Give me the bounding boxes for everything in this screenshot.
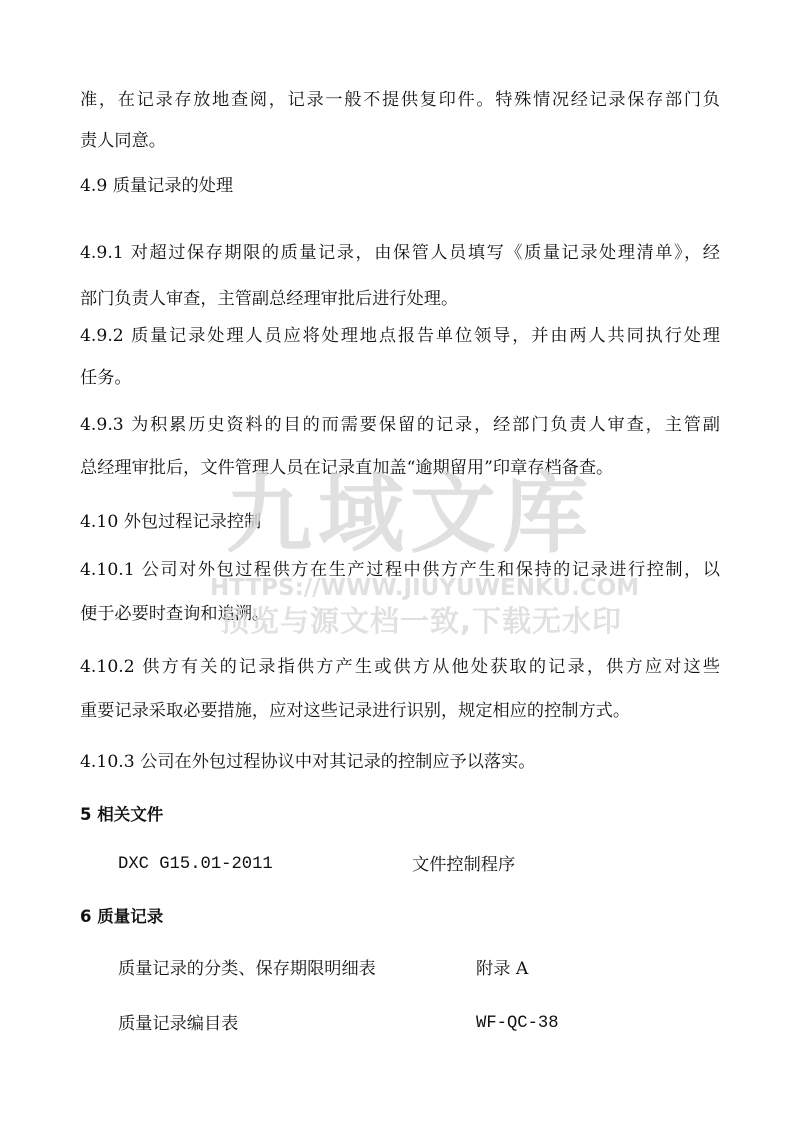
- document-page: 准，在记录存放地查阅，记录一般不提供复印件。特殊情况经记录保存部门负 责人同意。…: [0, 0, 793, 1122]
- record-code-2: WF-QC-38: [476, 1014, 559, 1034]
- section-heading-4-10: 4.10 外包过程记录控制: [80, 512, 261, 532]
- watermark-note: 预览与源文档一致,下载无水印: [220, 605, 600, 637]
- section-heading-4-9: 4.9 质量记录的处理: [80, 176, 233, 196]
- watermark-brand: 九域文库: [215, 470, 605, 560]
- clause-4-10-2-line-1: 4.10.2 供方有关的记录指供方产生或供方从他处获取的记录，供方应对这些: [80, 657, 720, 677]
- record-code-1: 附录 A: [476, 959, 528, 979]
- related-doc-code: DXC G15.01-2011: [118, 855, 273, 875]
- clause-4-10-1-line-2: 便于必要时查询和追溯。: [80, 604, 269, 624]
- record-name-1: 质量记录的分类、保存期限明细表: [118, 959, 376, 979]
- related-doc-title: 文件控制程序: [412, 855, 515, 875]
- body-line-1: 准，在记录存放地查阅，记录一般不提供复印件。特殊情况经记录保存部门负: [80, 90, 720, 110]
- clause-4-9-3-line-2: 总经理审批后，文件管理人员在记录直加盖“逾期留用”印章存档备查。: [80, 458, 613, 478]
- body-line-2: 责人同意。: [80, 131, 166, 151]
- clause-4-10-1-line-1: 4.10.1 公司对外包过程供方在生产过程中供方产生和保持的记录进行控制，以: [80, 560, 720, 580]
- clause-4-9-1-line-1: 4.9.1 对超过保存期限的质量记录，由保管人员填写《质量记录处理清单》，经: [80, 243, 720, 263]
- section-heading-5: 5 相关文件: [80, 805, 163, 825]
- section-heading-6: 6 质量记录: [80, 907, 163, 927]
- clause-4-10-3: 4.10.3 公司在外包过程协议中对其记录的控制应予以落实。: [80, 752, 535, 772]
- clause-4-9-2-line-2: 任务。: [80, 368, 132, 388]
- clause-4-10-2-line-2: 重要记录采取必要措施，应对这些记录进行识别，规定相应的控制方式。: [80, 701, 630, 721]
- clause-4-9-1-line-2: 部门负责人审查，主管副总经理审批后进行处理。: [80, 289, 458, 309]
- clause-4-9-3-line-1: 4.9.3 为积累历史资料的目的而需要保留的记录，经部门负责人审查，主管副: [80, 415, 720, 435]
- clause-4-9-2-line-1: 4.9.2 质量记录处理人员应将处理地点报告单位领导，并由两人共同执行处理: [80, 326, 720, 346]
- record-name-2: 质量记录编目表: [118, 1014, 238, 1034]
